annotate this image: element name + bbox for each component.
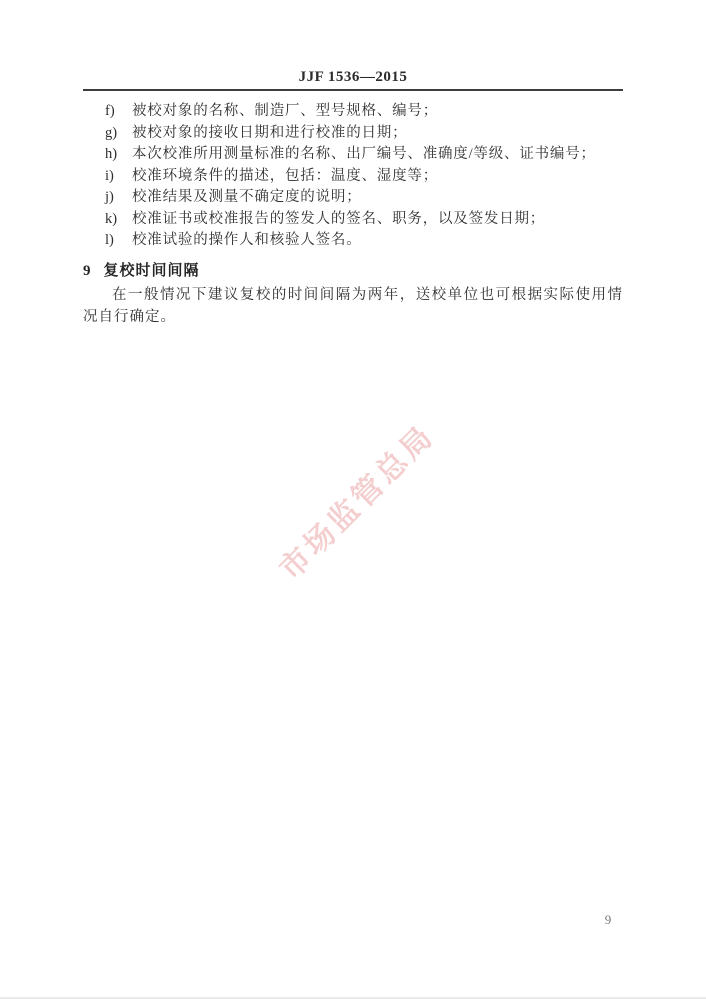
page-number: 9: [598, 912, 618, 928]
list-item: l)校准试验的操作人和核验人签名。: [105, 230, 625, 252]
list-item: k)校准证书或校准报告的签发人的签名、职务，以及签发日期；: [105, 209, 625, 231]
document-page: JJF 1536—2015 f)被校对象的名称、制造厂、型号规格、编号； g)被…: [0, 0, 706, 999]
list-item-label: g): [105, 123, 132, 145]
list-item: j)校准结果及测量不确定度的说明；: [105, 187, 625, 209]
standard-number: JJF 1536—2015: [299, 69, 408, 85]
header-rule: [83, 89, 623, 91]
list-item-text: 校准试验的操作人和核验人签名。: [132, 232, 362, 248]
list-item: f)被校对象的名称、制造厂、型号规格、编号；: [105, 101, 625, 123]
list-item-text: 被校对象的接收日期和进行校准的日期；: [132, 125, 407, 141]
section-heading: 9复校时间间隔: [83, 259, 200, 280]
list-item-label: j): [105, 187, 132, 209]
list-item-label: i): [105, 166, 132, 188]
list-item-text: 校准环境条件的描述，包括：温度、湿度等；: [132, 168, 438, 184]
list-item-label: f): [105, 101, 132, 123]
list-item: h)本次校准所用测量标准的名称、出厂编号、准确度/等级、证书编号；: [105, 144, 625, 166]
section-number: 9: [83, 263, 91, 280]
list-item-label: l): [105, 230, 132, 252]
list-item-text: 校准结果及测量不确定度的说明；: [132, 189, 362, 205]
enumerated-list: f)被校对象的名称、制造厂、型号规格、编号； g)被校对象的接收日期和进行校准的…: [105, 101, 625, 252]
list-item-text: 被校对象的名称、制造厂、型号规格、编号；: [132, 103, 438, 119]
page-header: JJF 1536—2015: [0, 68, 706, 86]
body-paragraph: 在一般情况下建议复校的时间间隔为两年，送校单位也可根据实际使用情况自行确定。: [83, 284, 623, 328]
list-item: g)被校对象的接收日期和进行校准的日期；: [105, 123, 625, 145]
list-item-text: 本次校准所用测量标准的名称、出厂编号、准确度/等级、证书编号；: [132, 146, 596, 162]
section-title: 复校时间间隔: [104, 263, 200, 279]
list-item-label: k): [105, 209, 132, 231]
list-item: i)校准环境条件的描述，包括：温度、湿度等；: [105, 166, 625, 188]
list-item-label: h): [105, 144, 132, 166]
watermark: 市场监管总局: [267, 412, 442, 587]
list-item-text: 校准证书或校准报告的签发人的签名、职务，以及签发日期；: [132, 211, 545, 227]
